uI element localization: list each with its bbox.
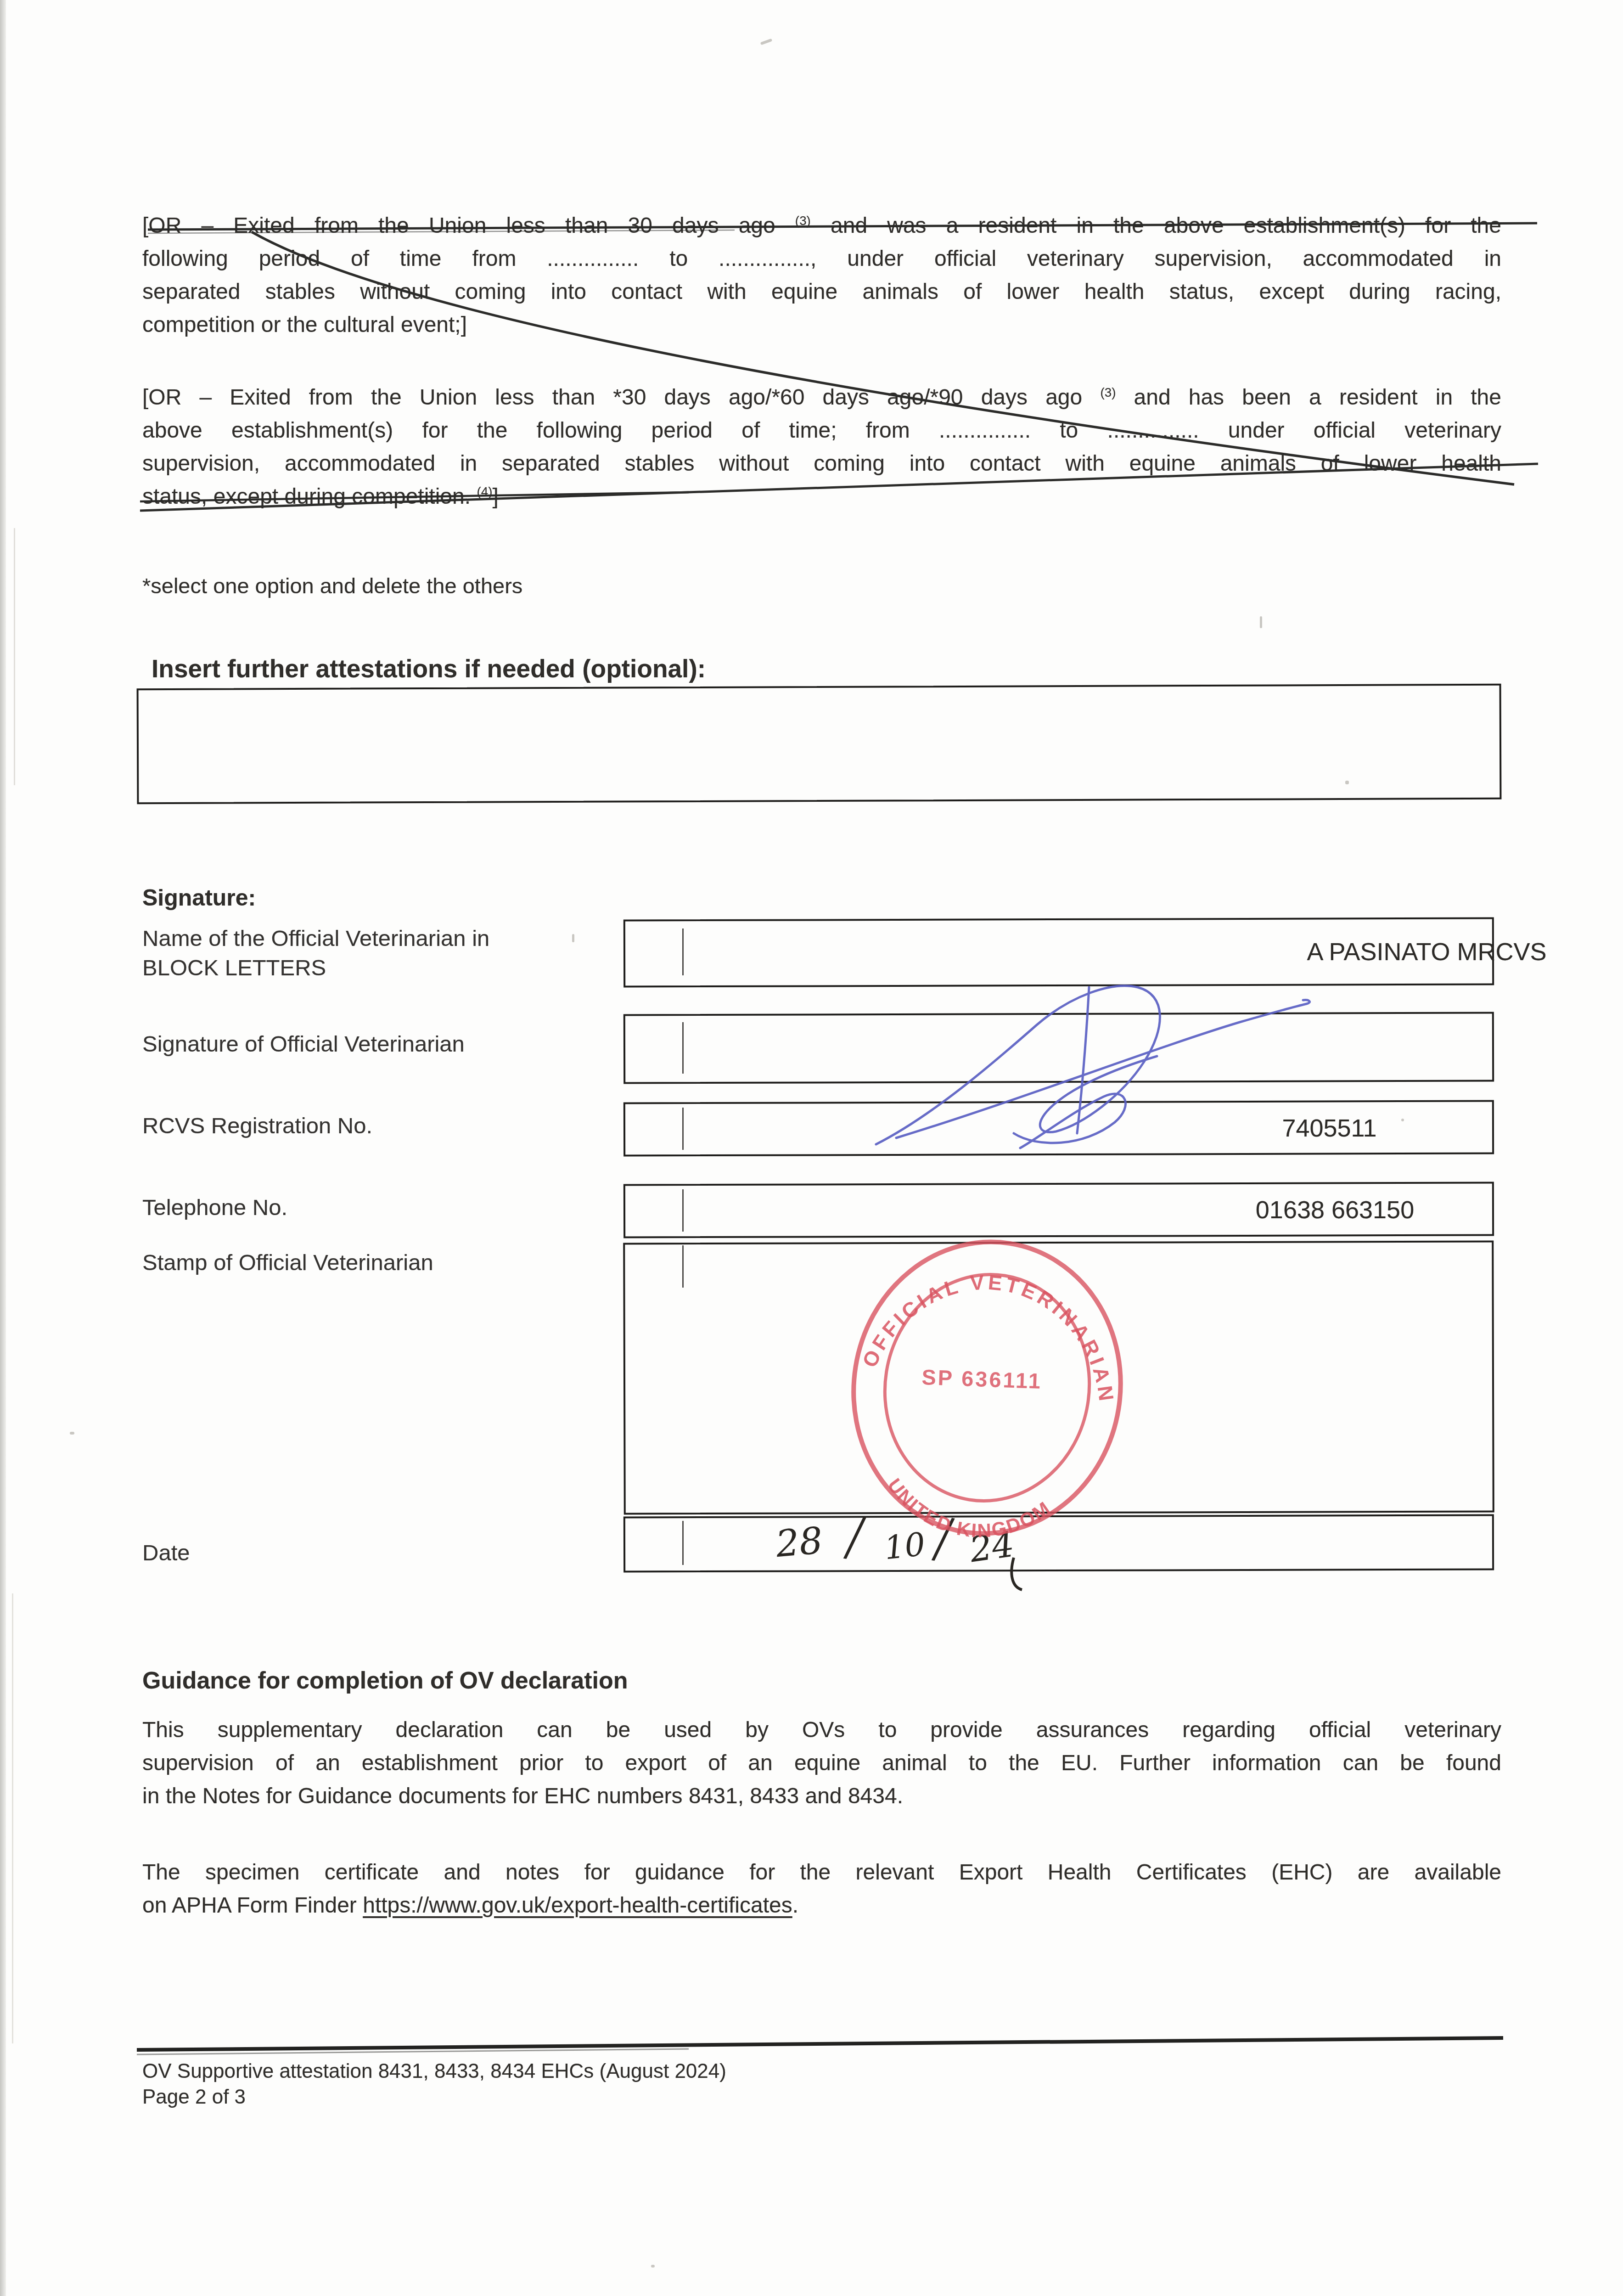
- signature-field-label: Signature of Official Veterinarian: [142, 1030, 629, 1059]
- paragraph-text: [OR – Exited from the Union less than *3…: [142, 385, 1100, 410]
- paragraph-line: competition or the cultural event;]: [142, 309, 1501, 342]
- paragraph-line: supervision of an establishment prior to…: [142, 1747, 1501, 1780]
- footnote-ref: (4): [477, 484, 492, 499]
- paragraph-text: and has been a resident in the: [1116, 385, 1501, 410]
- paragraph-text: on APHA Form Finder: [142, 1893, 363, 1918]
- paragraph-line: [OR – Exited from the Union less than *3…: [142, 381, 1501, 414]
- paragraph-option-2: [OR – Exited from the Union less than *3…: [142, 381, 1501, 513]
- scan-speck: [760, 39, 772, 45]
- footnote-ref: (3): [1100, 385, 1116, 400]
- name-field-label: Name of the Official Veterinarian in BLO…: [142, 924, 629, 983]
- paragraph-line: separated stables without coming into co…: [142, 276, 1501, 309]
- scan-tick-mark: [682, 1521, 684, 1565]
- telephone-field-value: 01638 663150: [523, 1196, 1623, 1224]
- attestation-heading: Insert further attestations if needed (o…: [152, 654, 706, 683]
- paragraph-text: ]: [492, 484, 498, 509]
- paragraph-line: The specimen certificate and notes for g…: [142, 1856, 1501, 1889]
- scan-speck: [70, 1432, 74, 1435]
- scan-edge-strip: [0, 0, 6, 2296]
- scan-speck: [1260, 616, 1262, 628]
- scan-speck: [651, 2265, 655, 2268]
- label-line: BLOCK LETTERS: [142, 956, 326, 980]
- stamp-field-label: Stamp of Official Veterinarian: [142, 1248, 629, 1277]
- paragraph-text: and was a resident in the above establis…: [811, 214, 1501, 238]
- guidance-paragraph-1: This supplementary declaration can be us…: [142, 1714, 1501, 1813]
- handwritten-date-year: 24: [967, 1524, 1016, 1570]
- select-option-note: *select one option and delete the others: [142, 569, 522, 602]
- label-line: Name of the Official Veterinarian in: [142, 926, 489, 951]
- rcvs-field-value: 7405511: [518, 1114, 1623, 1142]
- signature-field-box[interactable]: [623, 1012, 1494, 1084]
- paragraph-line: in the Notes for Guidance documents for …: [142, 1780, 1501, 1813]
- paragraph-text: [OR – Exited from the Union less than 30…: [142, 214, 795, 238]
- scan-tick-mark: [682, 1245, 684, 1288]
- guidance-heading: Guidance for completion of OV declaratio…: [142, 1667, 628, 1694]
- paragraph-text: .: [792, 1893, 798, 1918]
- paragraph-text: status, except during competition.: [142, 484, 477, 509]
- paragraph-line: on APHA Form Finder https://www.gov.uk/e…: [142, 1889, 1501, 1922]
- footer-page-number: Page 2 of 3: [142, 2085, 246, 2110]
- guidance-paragraph-2: The specimen certificate and notes for g…: [142, 1856, 1501, 1922]
- signature-section-heading: Signature:: [142, 884, 256, 912]
- paragraph-line: following period of time from ..........…: [142, 242, 1501, 276]
- attestation-input-box[interactable]: [137, 684, 1502, 804]
- stamp-field-box[interactable]: [623, 1241, 1494, 1515]
- scan-line-artifact: [12, 1593, 13, 2043]
- paragraph-line: supervision, accommodated in separated s…: [142, 447, 1501, 480]
- date-field-label: Date: [142, 1538, 629, 1568]
- handwritten-date-month: 10: [882, 1525, 927, 1567]
- footer-document-title: OV Supportive attestation 8431, 8433, 84…: [142, 2059, 726, 2084]
- date-field-box[interactable]: [623, 1514, 1494, 1573]
- footer-rule: [137, 2038, 1503, 2050]
- paragraph-option-1: [OR – Exited from the Union less than 30…: [142, 209, 1501, 342]
- export-health-certificates-link[interactable]: https://www.gov.uk/export-health-certifi…: [363, 1893, 792, 1918]
- scan-tick-mark: [682, 1022, 684, 1074]
- paragraph-line: This supplementary declaration can be us…: [142, 1714, 1501, 1747]
- paragraph-line: above establishment(s) for the following…: [142, 414, 1501, 447]
- paragraph-line: status, except during competition. (4)]: [142, 480, 1501, 513]
- footnote-ref: (3): [795, 214, 811, 228]
- scan-line-artifact: [14, 528, 15, 785]
- name-field-value: A PASINATO MRCVS: [615, 938, 1623, 966]
- footer-rule-echo: [137, 2049, 689, 2054]
- scanned-document-page: [OR – Exited from the Union less than 30…: [0, 0, 1623, 2296]
- handwritten-date-day: 28: [774, 1519, 825, 1566]
- paragraph-line: [OR – Exited from the Union less than 30…: [142, 209, 1501, 242]
